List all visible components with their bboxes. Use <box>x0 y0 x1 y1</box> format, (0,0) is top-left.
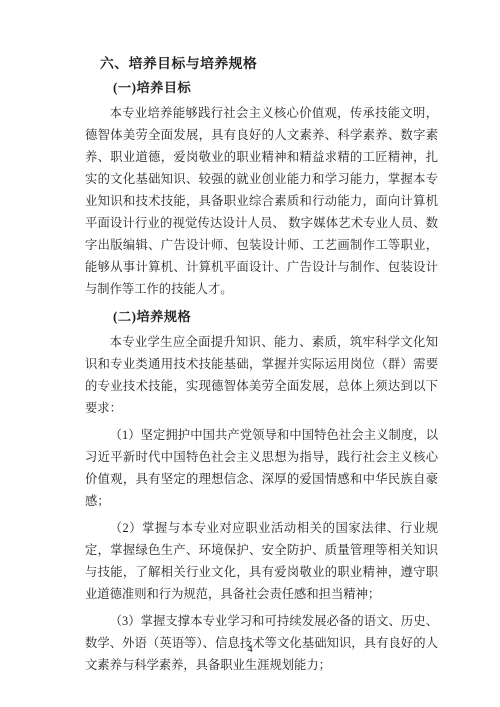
page-number: 4 <box>0 643 500 655</box>
section-heading: 六、培养目标与培养规格 <box>100 52 438 76</box>
specs-intro-paragraph: 本专业学生应全面提升知识、能力、素质，筑牢科学文化知识和专业类通用技术技能基础，… <box>85 331 438 419</box>
specs-item-2: （2）掌握与本专业对应职业活动相关的国家法律、行业规定，掌握绿色生产、环境保护、… <box>85 517 438 605</box>
page-content: 六、培养目标与培养规格 (一)培养目标 本专业培养能够践行社会主义核心价值观，传… <box>85 52 438 681</box>
objectives-paragraph: 本专业培养能够践行社会主义核心价值观，传承技能文明，德智体美劳全面发展，具有良好… <box>85 102 438 300</box>
subsection-heading-objectives: (一)培养目标 <box>113 76 438 100</box>
subsection-heading-specs: (二)培养规格 <box>113 305 438 329</box>
document-page: 六、培养目标与培养规格 (一)培养目标 本专业培养能够践行社会主义核心价值观，传… <box>0 0 500 707</box>
specs-item-1: （1）坚定拥护中国共产党领导和中国特色社会主义制度，以习近平新时代中国特色社会主… <box>85 424 438 512</box>
